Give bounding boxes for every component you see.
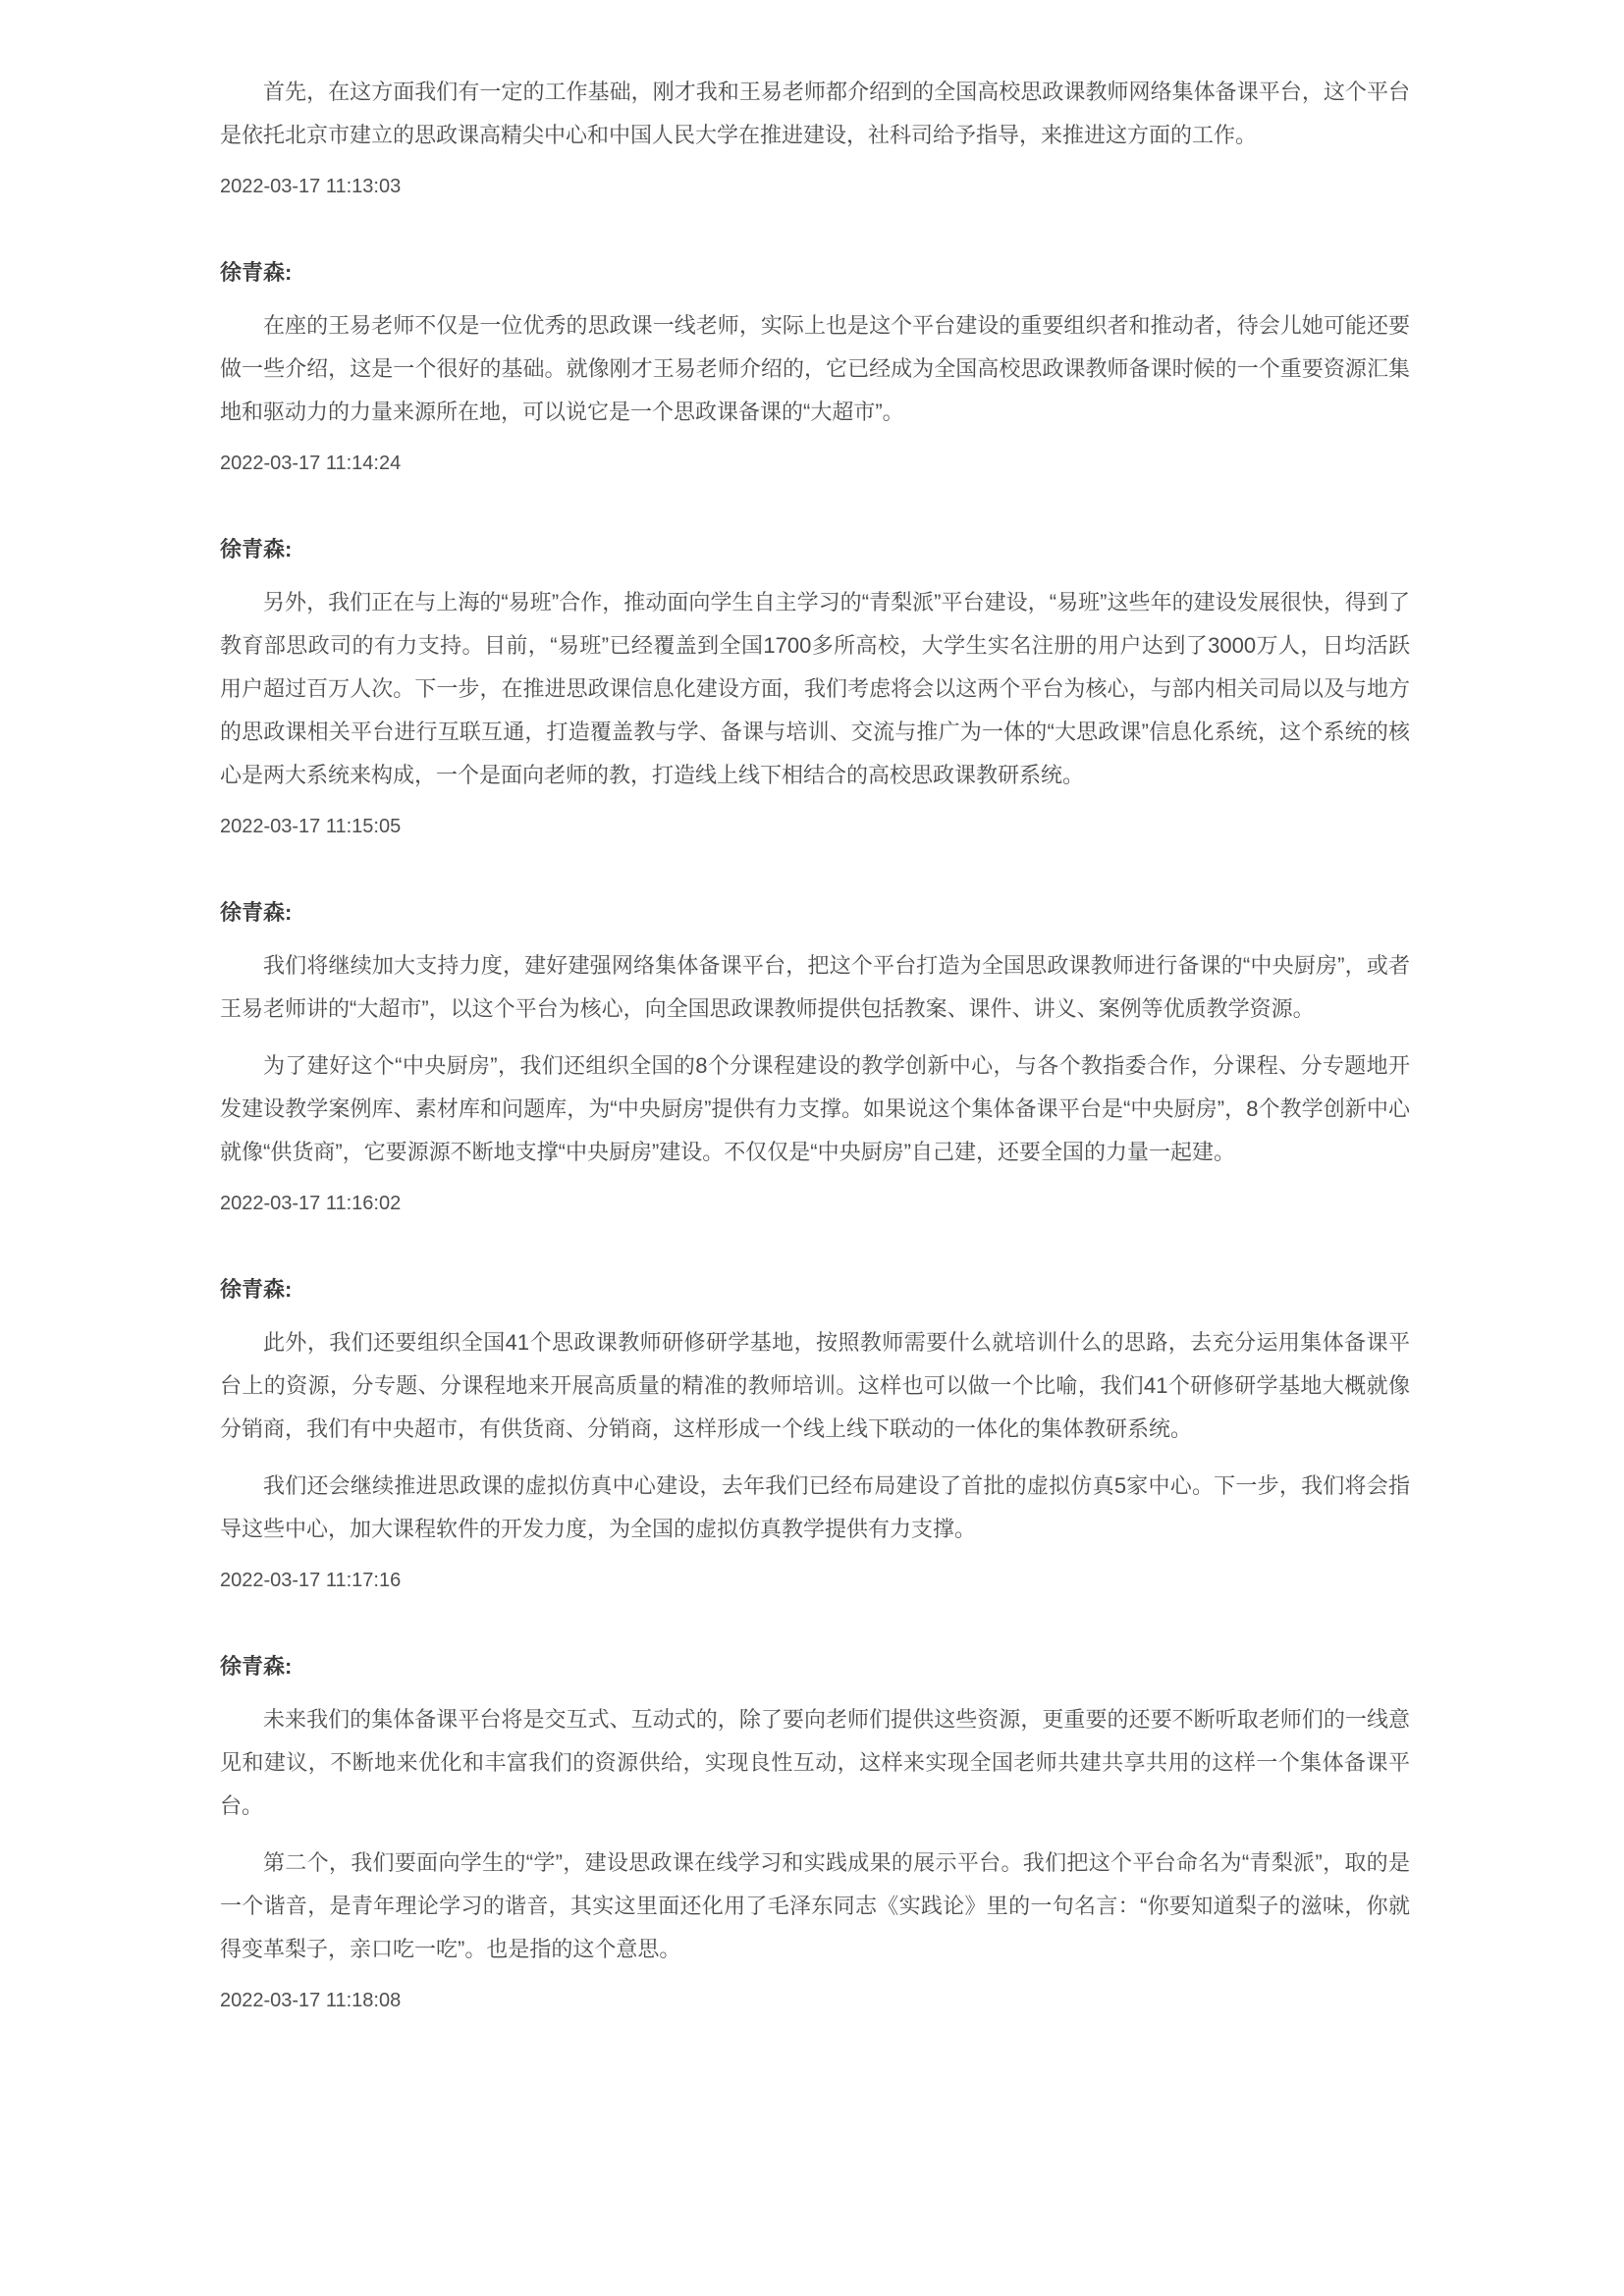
message-timestamp: 2022-03-17 11:14:24 — [220, 442, 1410, 485]
message-paragraph: 第二个，我们要面向学生的“学”，建设思政课在线学习和实践成果的展示平台。我们把这… — [220, 1842, 1410, 1971]
message-timestamp: 2022-03-17 11:16:02 — [220, 1182, 1410, 1225]
message-paragraphs: 我们将继续加大支持力度，建好建强网络集体备课平台，把这个平台打造为全国思政课教师… — [220, 944, 1410, 1174]
message-timestamp: 2022-03-17 11:15:05 — [220, 805, 1410, 848]
message-paragraph: 我们还会继续推进思政课的虚拟仿真中心建设，去年我们已经布局建设了首批的虚拟仿真5… — [220, 1465, 1410, 1551]
speaker-name: 徐青森: — [220, 251, 1410, 294]
message-paragraphs: 此外，我们还要组织全国41个思政课教师研修研学基地，按照教师需要什么就培训什么的… — [220, 1321, 1410, 1551]
message-paragraph: 另外，我们正在与上海的“易班”合作，推动面向学生自主学习的“青梨派”平台建设，“… — [220, 581, 1410, 797]
message-block: 徐青森: 另外，我们正在与上海的“易班”合作，推动面向学生自主学习的“青梨派”平… — [220, 528, 1410, 848]
speaker-name: 徐青森: — [220, 1645, 1410, 1688]
message-paragraph: 未来我们的集体备课平台将是交互式、互动式的，除了要向老师们提供这些资源，更重要的… — [220, 1698, 1410, 1828]
message-paragraph: 在座的王易老师不仅是一位优秀的思政课一线老师，实际上也是这个平台建设的重要组织者… — [220, 304, 1410, 434]
message-block: 徐青森: 此外，我们还要组织全国41个思政课教师研修研学基地，按照教师需要什么就… — [220, 1268, 1410, 1602]
message-block: 首先，在这方面我们有一定的工作基础，刚才我和王易老师都介绍到的全国高校思政课教师… — [220, 71, 1410, 208]
speaker-name: 徐青森: — [220, 891, 1410, 934]
speaker-name: 徐青森: — [220, 528, 1410, 571]
message-timestamp: 2022-03-17 11:18:08 — [220, 1979, 1410, 2022]
message-paragraphs: 另外，我们正在与上海的“易班”合作，推动面向学生自主学习的“青梨派”平台建设，“… — [220, 581, 1410, 797]
message-block: 徐青森: 在座的王易老师不仅是一位优秀的思政课一线老师，实际上也是这个平台建设的… — [220, 251, 1410, 485]
chat-transcript: 首先，在这方面我们有一定的工作基础，刚才我和王易老师都介绍到的全国高校思政课教师… — [220, 71, 1410, 2022]
speaker-name: 徐青森: — [220, 1268, 1410, 1311]
message-block: 徐青森: 我们将继续加大支持力度，建好建强网络集体备课平台，把这个平台打造为全国… — [220, 891, 1410, 1225]
message-timestamp: 2022-03-17 11:13:03 — [220, 165, 1410, 208]
message-paragraph: 我们将继续加大支持力度，建好建强网络集体备课平台，把这个平台打造为全国思政课教师… — [220, 944, 1410, 1031]
message-paragraph: 为了建好这个“中央厨房”，我们还组织全国的8个分课程建设的教学创新中心，与各个教… — [220, 1044, 1410, 1174]
message-paragraphs: 在座的王易老师不仅是一位优秀的思政课一线老师，实际上也是这个平台建设的重要组织者… — [220, 304, 1410, 434]
message-paragraph: 此外，我们还要组织全国41个思政课教师研修研学基地，按照教师需要什么就培训什么的… — [220, 1321, 1410, 1451]
message-timestamp: 2022-03-17 11:17:16 — [220, 1559, 1410, 1602]
message-paragraphs: 未来我们的集体备课平台将是交互式、互动式的，除了要向老师们提供这些资源，更重要的… — [220, 1698, 1410, 1971]
message-block: 徐青森: 未来我们的集体备课平台将是交互式、互动式的，除了要向老师们提供这些资源… — [220, 1645, 1410, 2022]
message-paragraphs: 首先，在这方面我们有一定的工作基础，刚才我和王易老师都介绍到的全国高校思政课教师… — [220, 71, 1410, 157]
message-paragraph: 首先，在这方面我们有一定的工作基础，刚才我和王易老师都介绍到的全国高校思政课教师… — [220, 71, 1410, 157]
